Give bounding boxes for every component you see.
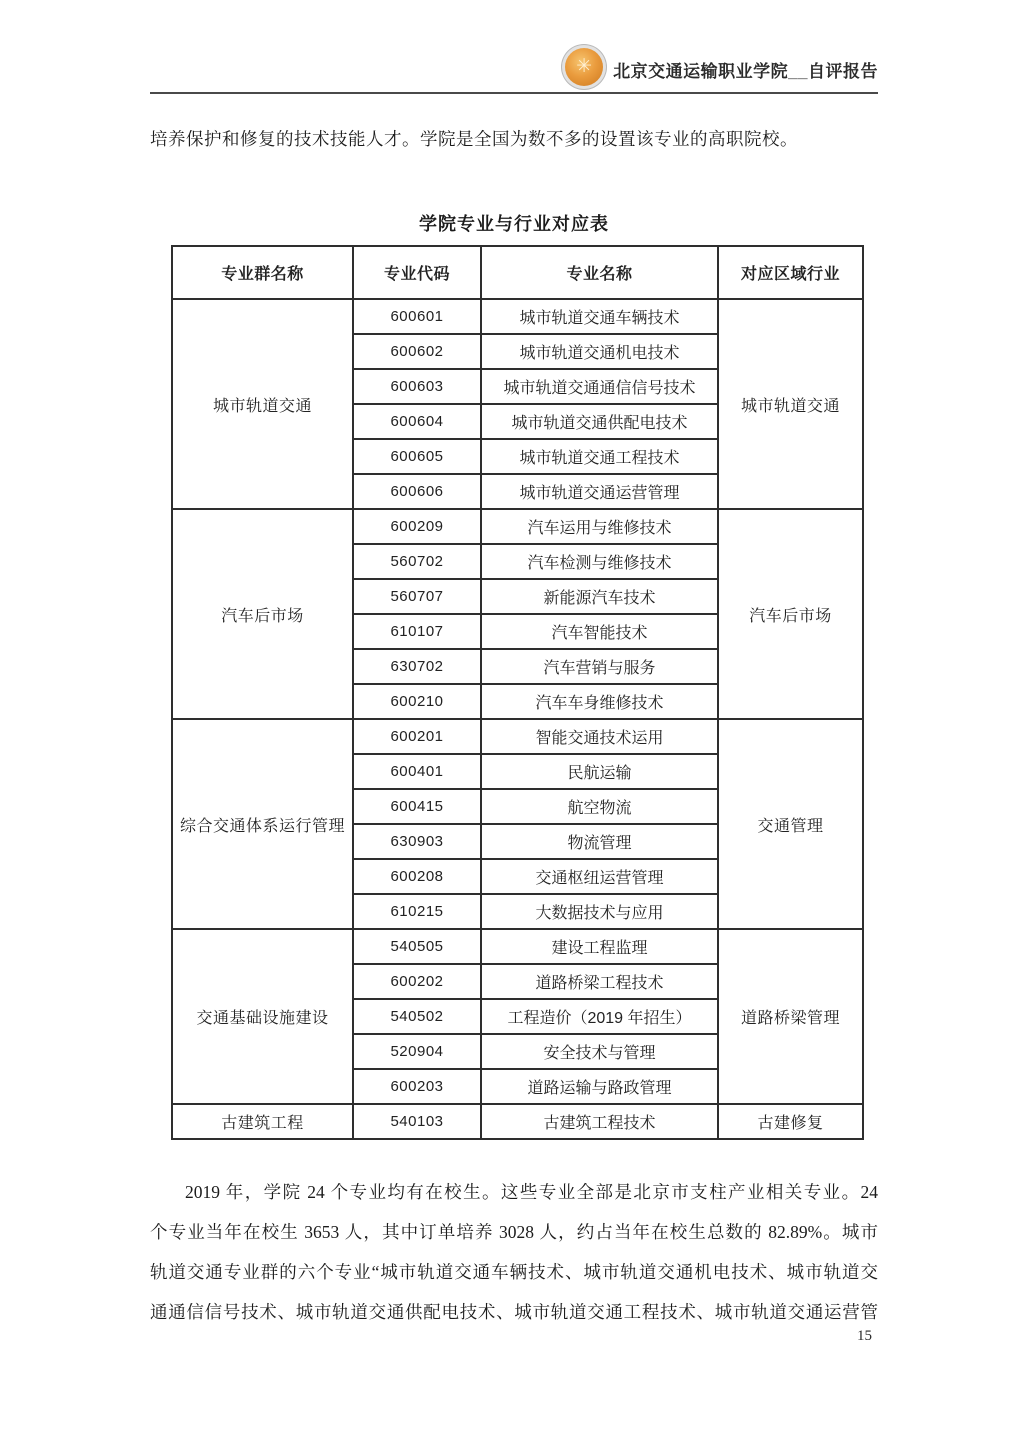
major-code-cell: 600202 [353, 964, 481, 999]
table-row: 交通基础设施建设540505建设工程监理道路桥梁管理 [172, 929, 863, 964]
page-number: 15 [150, 1328, 872, 1345]
major-code-cell: 610215 [353, 894, 481, 929]
major-name-cell: 航空物流 [481, 789, 718, 824]
group-name-cell: 交通基础设施建设 [172, 929, 353, 1104]
major-name-cell: 道路运输与路政管理 [481, 1069, 718, 1104]
major-code-cell: 540505 [353, 929, 481, 964]
major-name-cell: 汽车智能技术 [481, 614, 718, 649]
majors-industry-table: 专业群名称 专业代码 专业名称 对应区域行业 城市轨道交通600601城市轨道交… [171, 245, 864, 1140]
major-code-cell: 630903 [353, 824, 481, 859]
table-row: 城市轨道交通600601城市轨道交通车辆技术城市轨道交通 [172, 299, 863, 334]
major-name-cell: 汽车检测与维修技术 [481, 544, 718, 579]
group-name-cell: 综合交通体系运行管理 [172, 719, 353, 929]
major-code-cell: 600208 [353, 859, 481, 894]
major-code-cell: 600602 [353, 334, 481, 369]
body-paragraph-line: 个专业当年在校生 3653 人，其中订单培养 3028 人，约占当年在校生总数的… [150, 1212, 878, 1252]
column-header-code: 专业代码 [353, 246, 481, 299]
major-name-cell: 汽车车身维修技术 [481, 684, 718, 719]
major-code-cell: 600415 [353, 789, 481, 824]
table-row: 汽车后市场600209汽车运用与维修技术汽车后市场 [172, 509, 863, 544]
body-paragraph: 2019 年，学院 24 个专业均有在校生。这些专业全部是北京市支柱产业相关专业… [150, 1172, 878, 1332]
table-row: 古建筑工程540103古建筑工程技术古建修复 [172, 1104, 863, 1139]
intro-paragraph: 培养保护和修复的技术技能人才。学院是全国为数不多的设置该专业的高职院校。 [150, 126, 880, 152]
industry-cell: 城市轨道交通 [718, 299, 863, 509]
major-code-cell: 600209 [353, 509, 481, 544]
page-header: 北京交通运输职业学院__自评报告 [150, 48, 878, 94]
major-code-cell: 560707 [353, 579, 481, 614]
major-name-cell: 城市轨道交通运营管理 [481, 474, 718, 509]
major-name-cell: 道路桥梁工程技术 [481, 964, 718, 999]
major-name-cell: 城市轨道交通机电技术 [481, 334, 718, 369]
major-code-cell: 600604 [353, 404, 481, 439]
major-code-cell: 630702 [353, 649, 481, 684]
major-code-cell: 560702 [353, 544, 481, 579]
major-name-cell: 城市轨道交通供配电技术 [481, 404, 718, 439]
major-code-cell: 600210 [353, 684, 481, 719]
report-page: 北京交通运输职业学院__自评报告 培养保护和修复的技术技能人才。学院是全国为数不… [0, 0, 1024, 1448]
major-name-cell: 城市轨道交通通信信号技术 [481, 369, 718, 404]
body-paragraph-line: 2019 年，学院 24 个专业均有在校生。这些专业全部是北京市支柱产业相关专业… [150, 1172, 878, 1212]
table-row: 综合交通体系运行管理600201智能交通技术运用交通管理 [172, 719, 863, 754]
group-name-cell: 汽车后市场 [172, 509, 353, 719]
major-code-cell: 600601 [353, 299, 481, 334]
table-header-row: 专业群名称 专业代码 专业名称 对应区域行业 [172, 246, 863, 299]
group-name-cell: 城市轨道交通 [172, 299, 353, 509]
major-name-cell: 城市轨道交通工程技术 [481, 439, 718, 474]
major-code-cell: 540103 [353, 1104, 481, 1139]
major-name-cell: 工程造价（2019 年招生） [481, 999, 718, 1034]
industry-cell: 交通管理 [718, 719, 863, 929]
major-name-cell: 古建筑工程技术 [481, 1104, 718, 1139]
column-header-major: 专业名称 [481, 246, 718, 299]
major-name-cell: 民航运输 [481, 754, 718, 789]
major-code-cell: 540502 [353, 999, 481, 1034]
major-code-cell: 610107 [353, 614, 481, 649]
major-code-cell: 520904 [353, 1034, 481, 1069]
major-code-cell: 600401 [353, 754, 481, 789]
header-title: 北京交通运输职业学院__自评报告 [613, 57, 878, 82]
major-code-cell: 600603 [353, 369, 481, 404]
major-name-cell: 大数据技术与应用 [481, 894, 718, 929]
industry-cell: 道路桥梁管理 [718, 929, 863, 1104]
industry-cell: 古建修复 [718, 1104, 863, 1139]
group-name-cell: 古建筑工程 [172, 1104, 353, 1139]
body-paragraph-line: 轨道交通专业群的六个专业“城市轨道交通车辆技术、城市轨道交通机电技术、城市轨道交 [150, 1252, 878, 1292]
major-name-cell: 城市轨道交通车辆技术 [481, 299, 718, 334]
body-paragraph-line: 通通信信号技术、城市轨道交通供配电技术、城市轨道交通工程技术、城市轨道交通运营管 [150, 1292, 878, 1332]
college-seal-icon [565, 48, 603, 86]
major-name-cell: 物流管理 [481, 824, 718, 859]
majors-table-body: 城市轨道交通600601城市轨道交通车辆技术城市轨道交通600602城市轨道交通… [172, 299, 863, 1139]
major-name-cell: 建设工程监理 [481, 929, 718, 964]
industry-cell: 汽车后市场 [718, 509, 863, 719]
major-code-cell: 600203 [353, 1069, 481, 1104]
major-code-cell: 600606 [353, 474, 481, 509]
major-code-cell: 600201 [353, 719, 481, 754]
column-header-industry: 对应区域行业 [718, 246, 863, 299]
table-header: 专业群名称 专业代码 专业名称 对应区域行业 [172, 246, 863, 299]
major-name-cell: 汽车运用与维修技术 [481, 509, 718, 544]
major-name-cell: 交通枢纽运营管理 [481, 859, 718, 894]
major-name-cell: 汽车营销与服务 [481, 649, 718, 684]
major-name-cell: 智能交通技术运用 [481, 719, 718, 754]
table-title: 学院专业与行业对应表 [150, 210, 878, 236]
major-name-cell: 安全技术与管理 [481, 1034, 718, 1069]
column-header-group: 专业群名称 [172, 246, 353, 299]
major-name-cell: 新能源汽车技术 [481, 579, 718, 614]
major-code-cell: 600605 [353, 439, 481, 474]
